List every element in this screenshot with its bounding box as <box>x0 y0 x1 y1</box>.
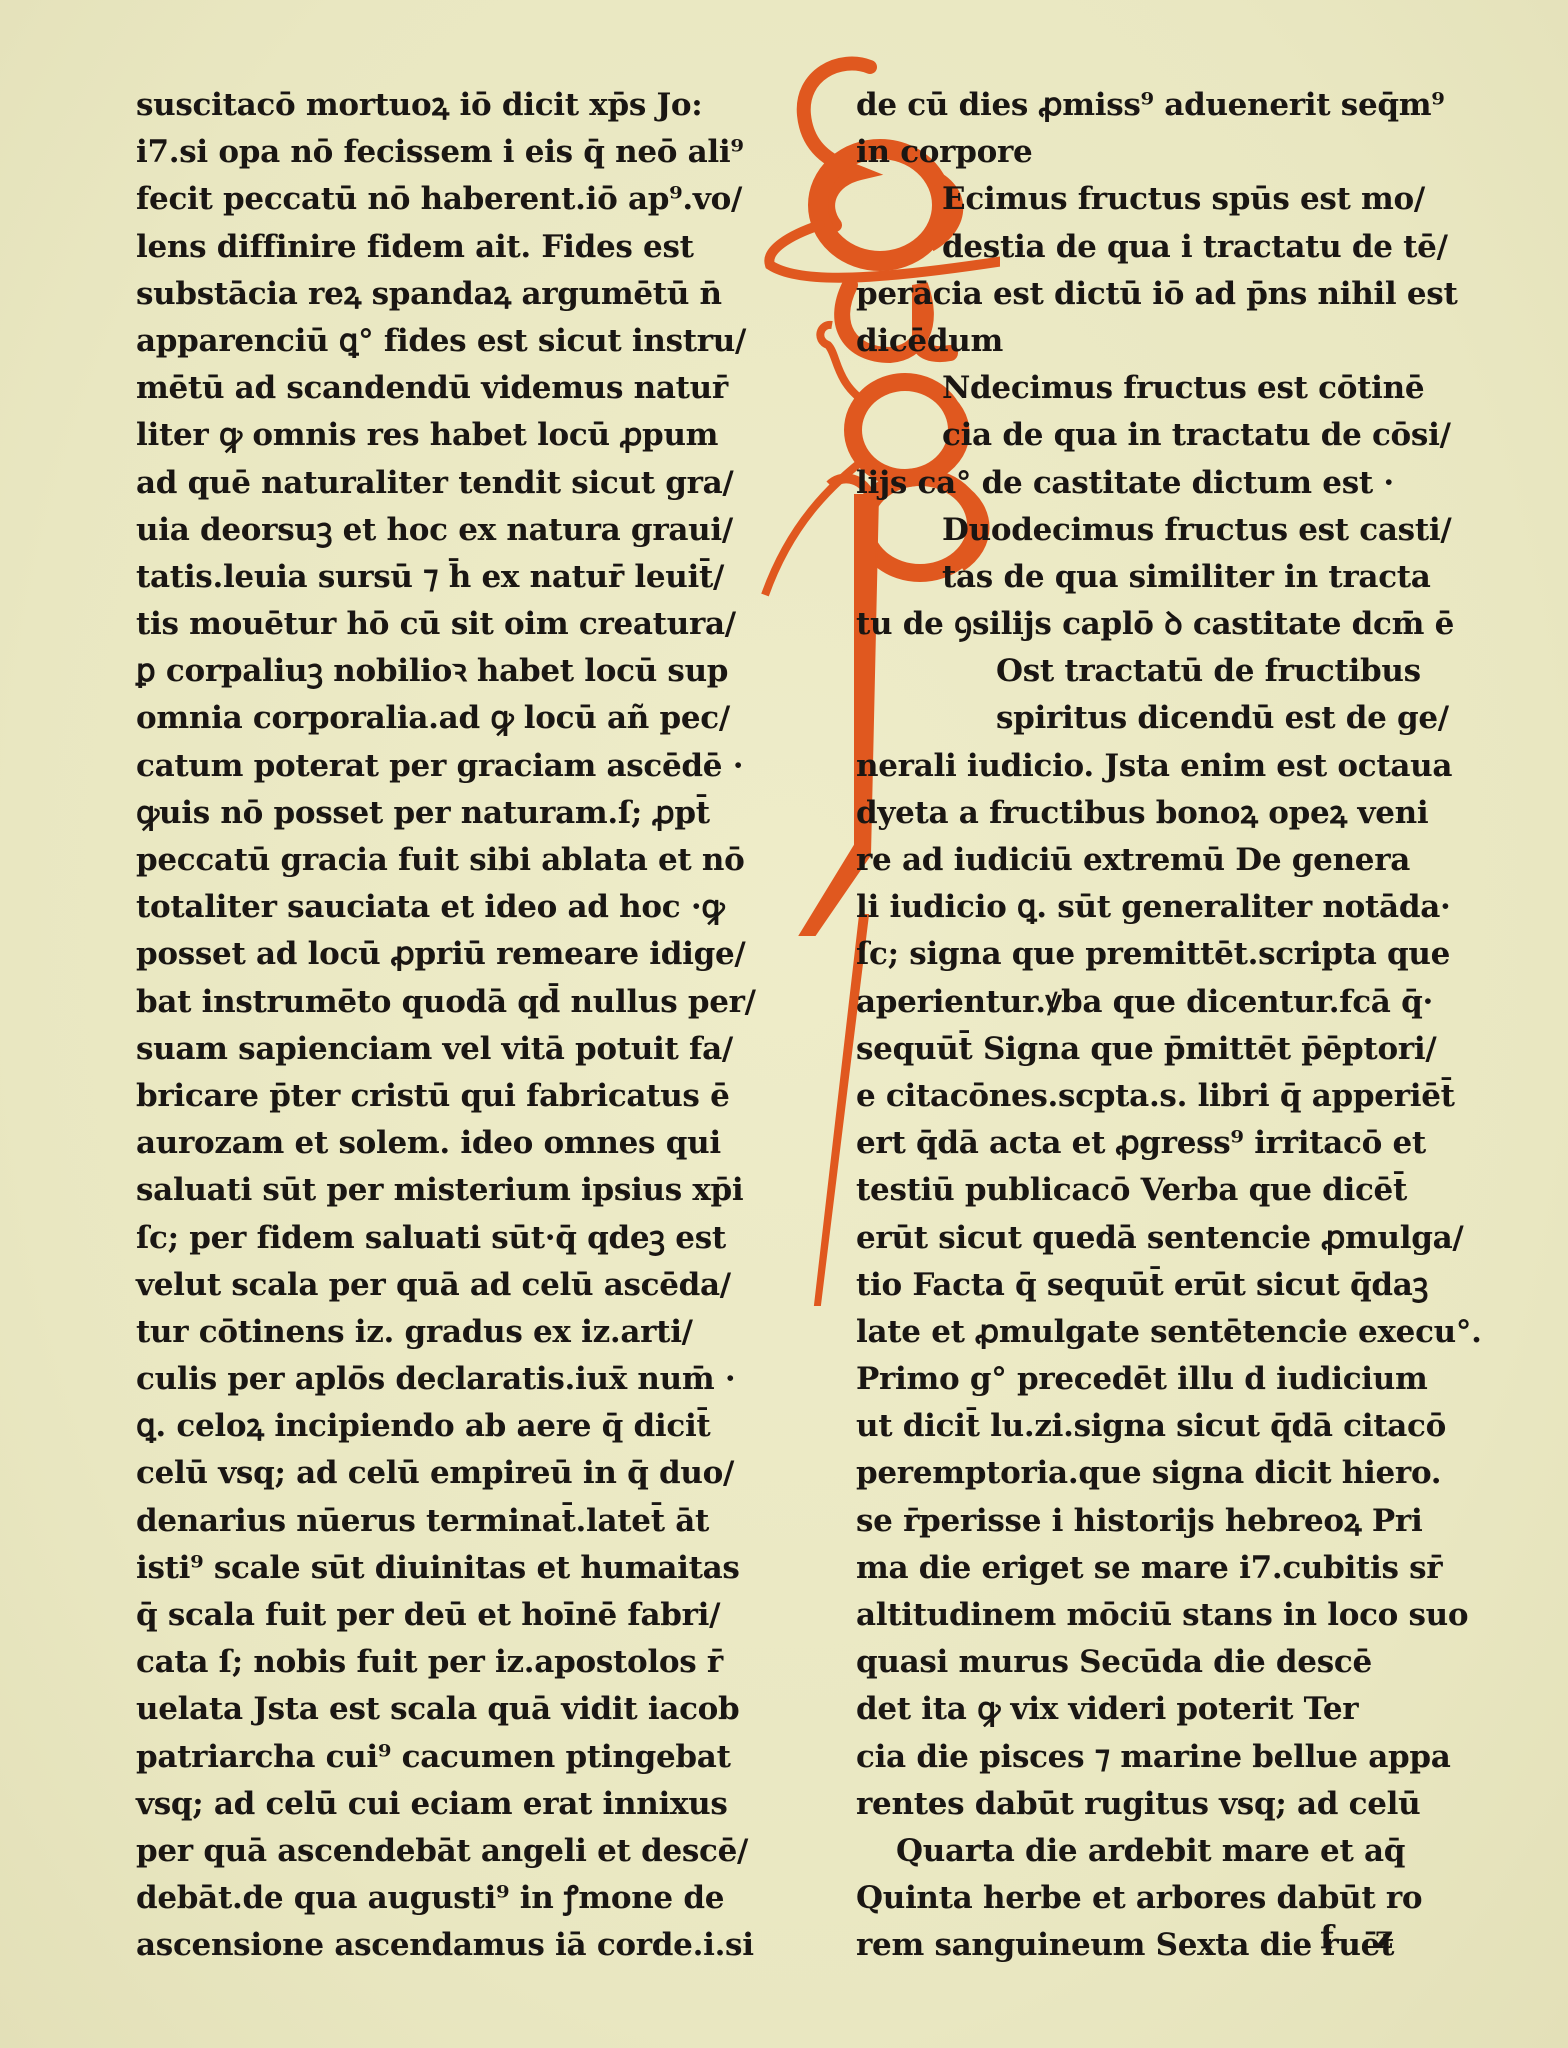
text-line: culis per aplōs declaratis.iux̄ num̄ · <box>136 1356 741 1403</box>
text-line: ſc; signa que premittēt.scripta que <box>856 931 1416 978</box>
text-line: totaliter sauciata et ideo ad hoc ·ꝙ <box>136 884 741 931</box>
text-line: isti⁹ scale sūt diuinitas et humaitas <box>136 1545 741 1592</box>
text-line: vsq; ad celū cui eciam erat innixus <box>136 1781 741 1828</box>
text-line: dyeta a fructibus bonoꝝ opeꝝ veni <box>856 790 1416 837</box>
text-line: erūt sicut quedā sentencie ꝓmulga/ <box>856 1215 1416 1262</box>
text-line: late et ꝓmulgate sentētencie execu°. <box>856 1309 1416 1356</box>
text-line: denarius nūerus terminat̄.latet̄ āt <box>136 1498 741 1545</box>
text-line: re ad iudiciū extremū De genera <box>856 837 1416 884</box>
text-line: Ndecimus fructus est cōtinē <box>856 365 1416 412</box>
text-line: uia deorsuꝫ et hoc ex natura graui/ <box>136 507 741 554</box>
text-line: tis mouētur hō cū sit oim creatura/ <box>136 601 741 648</box>
text-line: suscitacō mortuoꝝ iō dicit xp̄s Jo: <box>136 82 741 129</box>
text-line: bricare p̄ter cristū qui fabricatus ē <box>136 1073 741 1120</box>
text-line: ut dicit̄ lu.zi.signa sicut q̄dā citacō <box>856 1403 1416 1450</box>
text-line: peccatū gracia fuit sibi ablata et nō <box>136 837 741 884</box>
text-line: velut scala per quā ad celū ascēda/ <box>136 1262 741 1309</box>
text-line: ꝑ corpaliuꝫ nobilioꝛ habet locū sup <box>136 648 741 695</box>
text-line: de cū dies ꝓmiss⁹ aduenerit seq̄m⁹ <box>856 82 1416 129</box>
text-line: ꝗ. celoꝝ incipiendo ab aere q̄ dicit̄ <box>136 1403 741 1450</box>
text-line: ſc; per fidem saluati sūt·q̄ qdeꝫ est <box>136 1215 741 1262</box>
text-line: cia de qua in tractatu de cōsi/ <box>856 412 1416 459</box>
text-line: cata ſ; nobis fuit per iz.apostolos r̄ <box>136 1639 741 1686</box>
text-line: uelata Jsta est scala quā vidit iacob <box>136 1686 741 1733</box>
text-line: celū vsq; ad celū empireū in q̄ duo/ <box>136 1450 741 1497</box>
text-line: destia de qua i tractatu de tē/ <box>856 224 1416 271</box>
text-line: li iudicio ꝗ. sūt generaliter notāda· <box>856 884 1416 931</box>
text-line: Ost tractatū de fructibus <box>856 648 1416 695</box>
text-line: suam sapienciam vel vitā potuit fa/ <box>136 1026 741 1073</box>
right-text-column: de cū dies ꝓmiss⁹ aduenerit seq̄m⁹ in co… <box>856 82 1416 1970</box>
text-line: tatis.leuia sursū ⁊ h̄ ex natur̄ leuit̄/ <box>136 554 741 601</box>
text-line: saluati sūt per misterium ipsius xp̄i <box>136 1167 741 1214</box>
text-line: rentes dabūt rugitus vsq; ad celū <box>856 1781 1416 1828</box>
text-line: tur cōtinens iz. gradus ex iz.arti/ <box>136 1309 741 1356</box>
text-line: patriarcha cui⁹ cacumen ptingebat <box>136 1734 741 1781</box>
text-line: Ecimus fructus spūs est mo/ <box>856 176 1416 223</box>
text-line: per quā ascendebāt angeli et descē/ <box>136 1828 741 1875</box>
text-line: e citacōnes.scpta.s. libri q̄ apperiēt̄ <box>856 1073 1416 1120</box>
text-line: Quarta die ardebit mare et aq̄ <box>856 1828 1416 1875</box>
text-line: debāt.de qua augusti⁹ in ꝭmone de <box>136 1875 741 1922</box>
text-line: omnia corporalia.ad ꝙ locū añ pec/ <box>136 695 741 742</box>
text-line: substācia reꝝ spandaꝝ argumētū n̄ <box>136 271 741 318</box>
text-line: tio Facta q̄ sequūt̄ erūt sicut q̄daꝫ <box>856 1262 1416 1309</box>
text-line: Duodecimus fructus est casti/ <box>856 507 1416 554</box>
text-line: Quinta herbe et arbores dabūt ro <box>856 1875 1416 1922</box>
text-line: aperientur.ꝟba que dicentur.fcā q̄· <box>856 979 1416 1026</box>
text-line: cia die pisces ⁊ marine bellue appa <box>856 1734 1416 1781</box>
text-line: posset ad locū ꝓpriū remeare idige/ <box>136 931 741 978</box>
text-line: lens diffinire fidem ait. Fides est <box>136 224 741 271</box>
text-line: peremptoria.que signa dicit hiero. <box>856 1450 1416 1497</box>
text-line: ad quē naturaliter tendit sicut gra/ <box>136 460 741 507</box>
text-line: q̄ scala fuit per deū et hoīnē fabri/ <box>136 1592 741 1639</box>
text-line: sequūt̄ Signa que p̄mittēt p̄ēptori/ <box>856 1026 1416 1073</box>
text-line: catum poterat per graciam ascēdē · <box>136 743 741 790</box>
text-line: testiū publicacō Verba que dicēt̄ <box>856 1167 1416 1214</box>
text-line: det ita ꝙ vix videri poterit Ter <box>856 1686 1416 1733</box>
signature-mark: f z <box>1320 1918 1393 1956</box>
text-line: ꝙuis nō posset per naturam.ſ; ꝓpt̄ <box>136 790 741 837</box>
text-line: liter ꝙ omnis res habet locū ꝓpum <box>136 412 741 459</box>
text-line: ma die eriget se mare i7.cubitis sr̄ <box>856 1545 1416 1592</box>
text-line: mētū ad scandendū videmus natur̄ <box>136 365 741 412</box>
text-line: in corpore <box>856 129 1416 176</box>
text-line: altitudinem mōciū stans in loco suo <box>856 1592 1416 1639</box>
left-text-column: suscitacō mortuoꝝ iō dicit xp̄s Jo: i7.s… <box>136 82 741 1970</box>
text-line: tas de qua similiter in tracta <box>856 554 1416 601</box>
text-line: lijs ca° de castitate dictum est · <box>856 460 1416 507</box>
book-page: suscitacō mortuoꝝ iō dicit xp̄s Jo: i7.s… <box>0 0 1568 2048</box>
text-line: apparenciū ꝗ° fides est sicut instru/ <box>136 318 741 365</box>
text-line: i7.si opa nō fecissem i eis q̄ neō ali⁹ <box>136 129 741 176</box>
text-line: se r̄perisse i historijs hebreoꝝ Pri <box>856 1498 1416 1545</box>
text-line: ert q̄dā acta et ꝓgress⁹ irritacō et <box>856 1120 1416 1167</box>
text-line: Primo g° precedēt illu d iudicium <box>856 1356 1416 1403</box>
text-line: aurozam et solem. ideo omnes qui <box>136 1120 741 1167</box>
text-line: spiritus dicendū est de ge/ <box>856 695 1416 742</box>
text-line: ascensione ascendamus iā corde.i.si <box>136 1922 741 1969</box>
text-line: tu de ꝯsilijs caplō ꝺ castitate dcm̄ ē <box>856 601 1416 648</box>
text-line: nerali iudicio. Jsta enim est octaua <box>856 743 1416 790</box>
text-line: perācia est dictū iō ad p̄ns nihil est <box>856 271 1416 318</box>
text-line: dicēdum <box>856 318 1416 365</box>
text-line: quasi murus Secūda die descē <box>856 1639 1416 1686</box>
text-line: fecit peccatū nō haberent.iō ap⁹.vo/ <box>136 176 741 223</box>
text-line: bat instrumēto quodā qd̄ nullus per/ <box>136 979 741 1026</box>
